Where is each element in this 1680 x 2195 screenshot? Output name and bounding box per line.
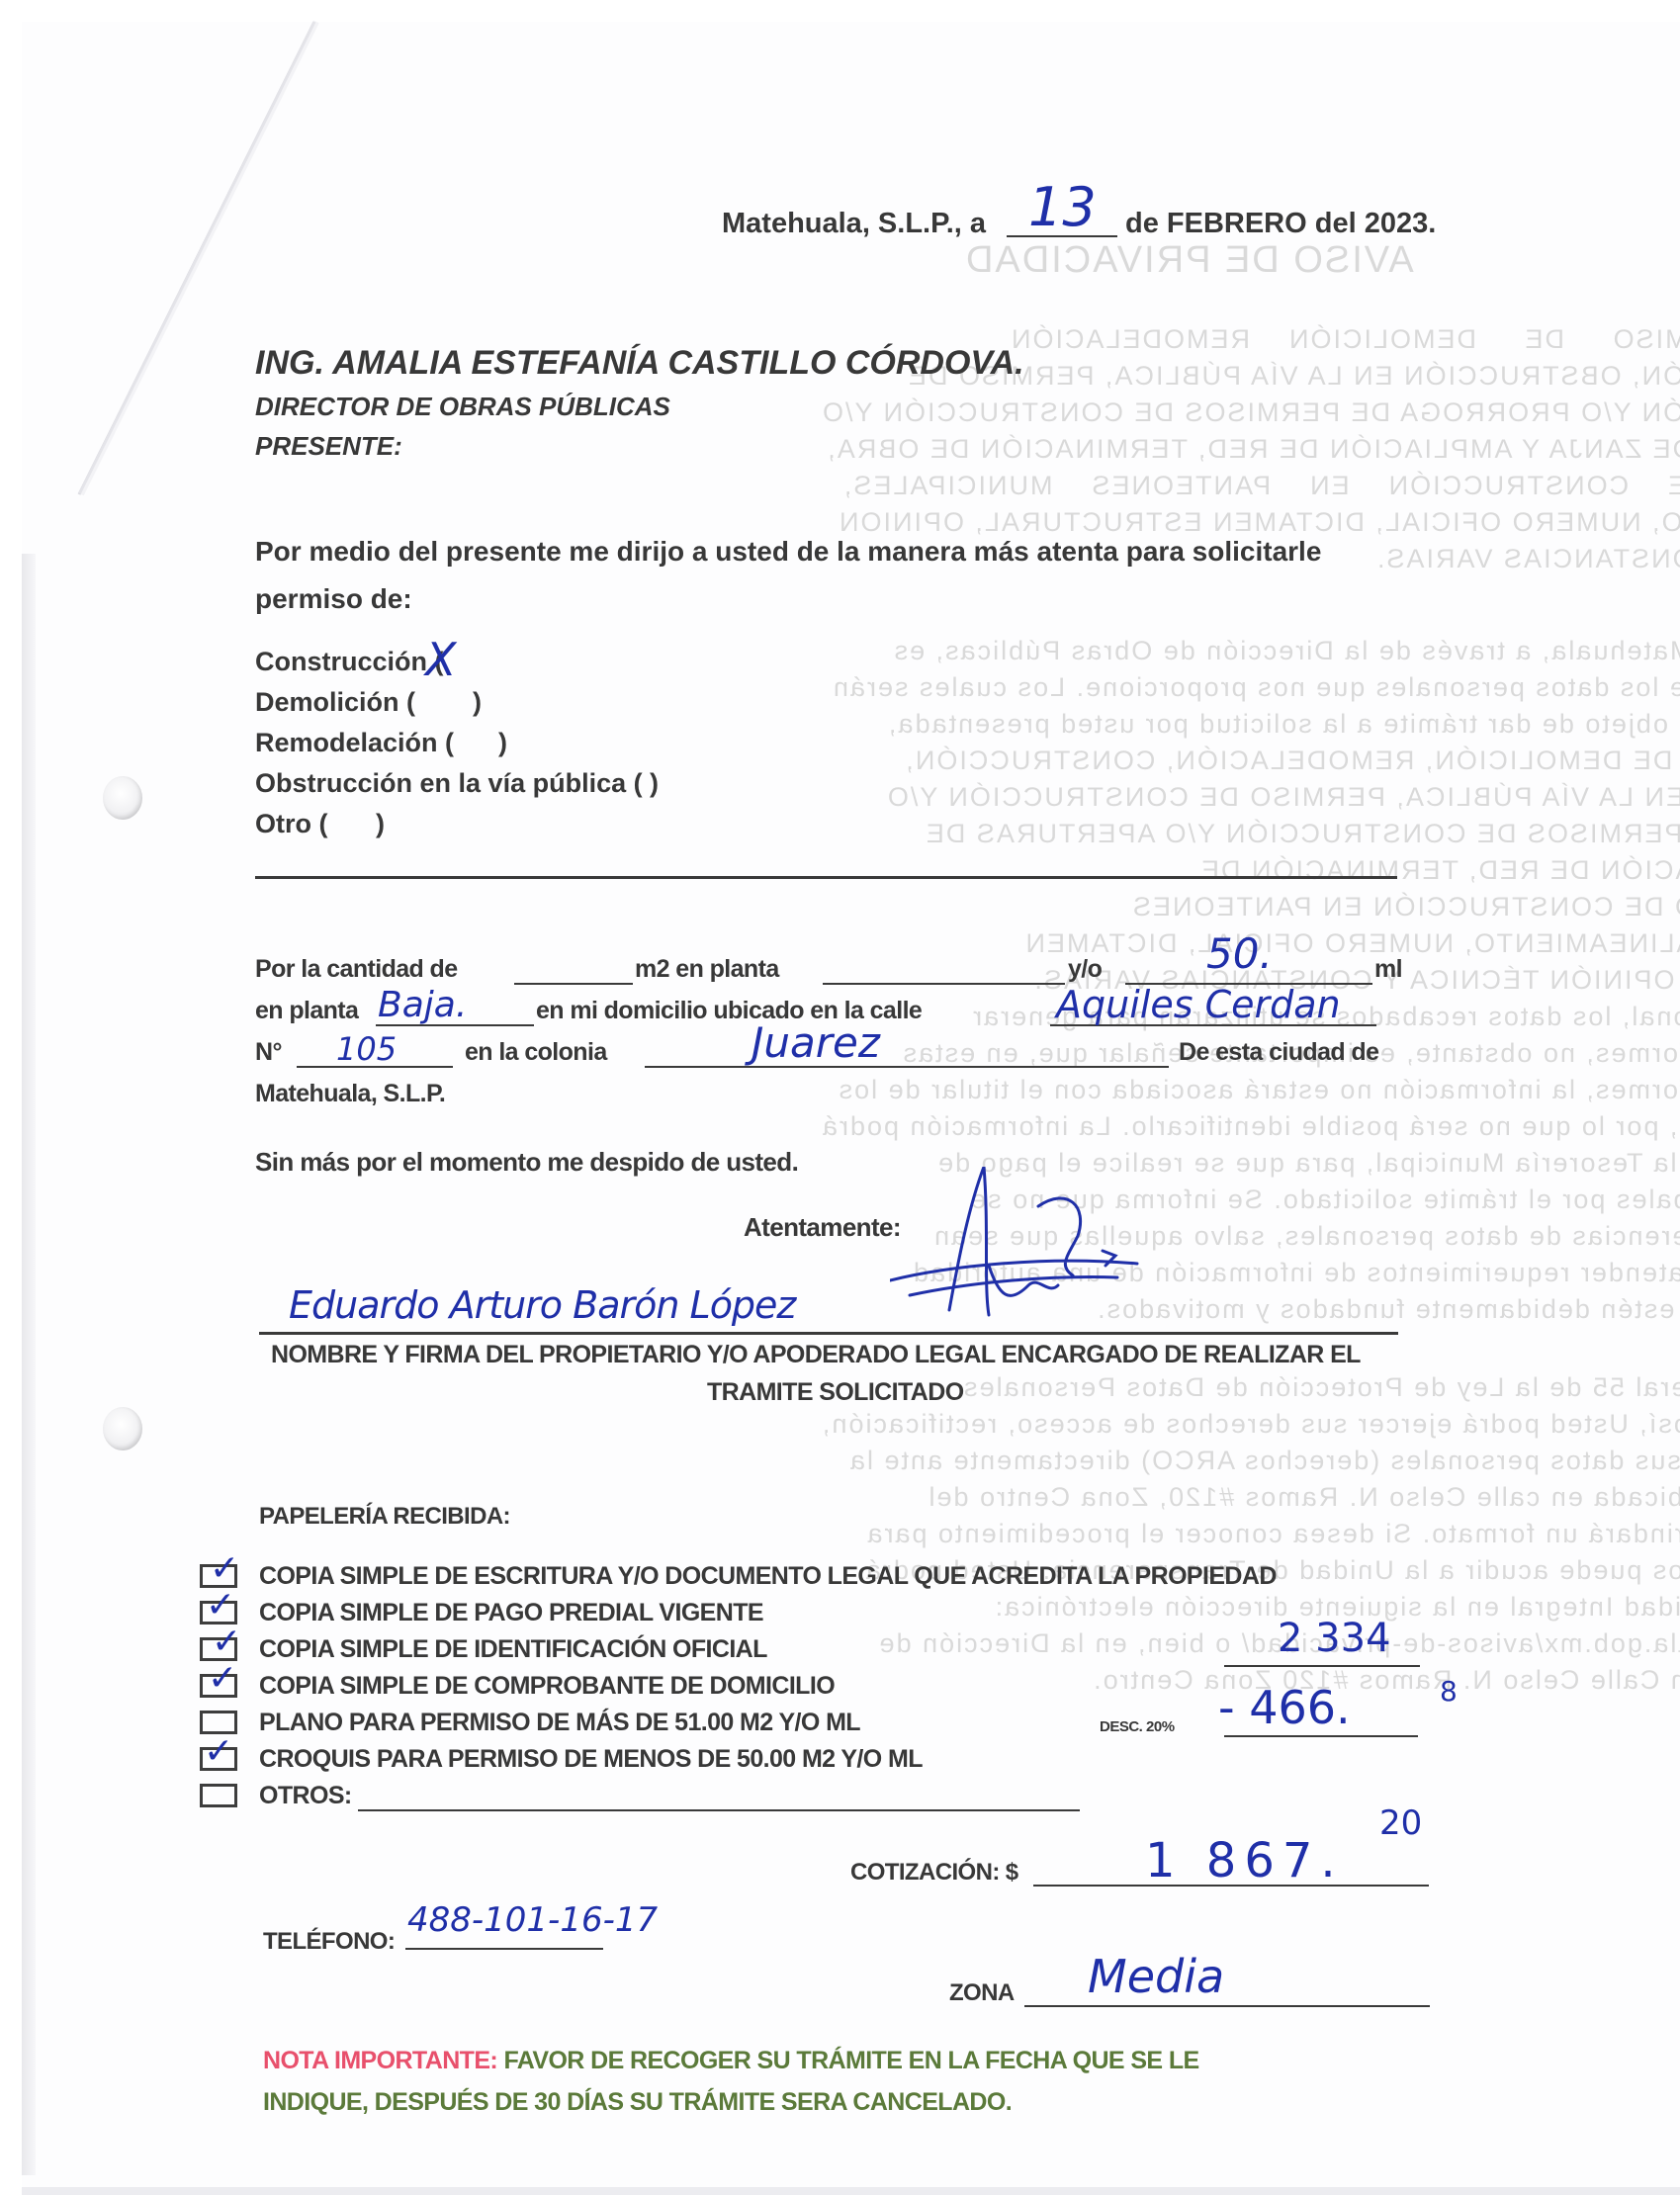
check-mark-icon: ✓ (208, 1658, 237, 1699)
permit-type-construccion-mark[interactable]: X (425, 633, 457, 686)
planta-prefix: en planta (255, 997, 358, 1025)
cotizacion-cents[interactable]: 20 (1379, 1803, 1422, 1843)
addressee-name: ING. AMALIA ESTEFANÍA CASTILLO CÓRDOVA. (255, 344, 1024, 383)
yo-label: y/o (1068, 955, 1102, 984)
check-mark-icon: ✓ (212, 1622, 241, 1662)
papeleria-item-plano: PLANO PARA PERMISO DE MÁS DE 51.00 M2 Y/… (259, 1709, 860, 1737)
permit-type-remodelacion[interactable]: Remodelación ( (255, 728, 454, 758)
permit-type-label: Demolición ( (255, 687, 415, 717)
papeleria-title: PAPELERÍA RECIBIDA: (259, 1503, 510, 1531)
nota-line-1: NOTA IMPORTANTE: FAVOR DE RECOGER SU TRÁ… (263, 2047, 1199, 2075)
papeleria-item-domicilio: COPIA SIMPLE DE COMPROBANTE DE DOMICILIO (259, 1672, 835, 1701)
zona-field[interactable]: Media (1088, 1950, 1224, 2003)
colonia-field[interactable]: Juarez (752, 1018, 880, 1067)
subtotal-underline (1224, 1665, 1420, 1667)
ciudad-suffix: De esta ciudad de (1179, 1038, 1378, 1067)
permit-type-label: Obstrucción en la vía pública ( (255, 768, 643, 798)
permit-type-demolicion-close: ) (473, 687, 482, 718)
permit-other-line (255, 876, 1397, 879)
m2-field-underline (514, 983, 633, 985)
check-mark-icon: ✓ (206, 1585, 235, 1625)
m2-label: m2 en planta (635, 955, 779, 984)
check-mark-icon: ✓ (210, 1548, 239, 1589)
planta-field[interactable]: Baja. (378, 985, 467, 1025)
date-suffix: de FEBRERO del 2023. (1125, 208, 1436, 240)
permit-type-obstruccion-close: ) (650, 768, 659, 799)
page-bottom-edge (22, 2187, 1680, 2195)
m2-planta-field-underline (823, 983, 1065, 985)
zona-underline (1024, 2005, 1430, 2007)
permit-type-label: Construcción ( (255, 647, 444, 676)
hole-punch-bottom (103, 1407, 142, 1450)
check-mark-icon: ✓ (204, 1731, 233, 1772)
numero-label: N° (255, 1038, 282, 1067)
cotizacion-field[interactable]: 1 867. (1145, 1833, 1344, 1888)
colonia-field-underline (645, 1066, 1169, 1068)
nota-label: NOTA IMPORTANTE: (263, 2047, 497, 2074)
descuento-cents[interactable]: 8 (1440, 1675, 1458, 1708)
papeleria-checkbox-otros[interactable] (200, 1784, 237, 1807)
subtotal-field[interactable]: 2 334 (1278, 1616, 1391, 1661)
permit-type-construccion[interactable]: Construcción ( (255, 647, 444, 677)
intro-line-2: permiso de: (255, 583, 412, 615)
permit-type-label: Remodelación ( (255, 728, 454, 757)
permit-type-otro[interactable]: Otro ( (255, 809, 328, 839)
date-place: Matehuala, S.L.P., a (722, 208, 986, 240)
addressee-greeting: PRESENTE: (255, 431, 402, 462)
telefono-field[interactable]: 488-101-16-17 (407, 1900, 658, 1940)
ciudad: Matehuala, S.L.P. (255, 1080, 445, 1108)
signature-caption-line-2: TRAMITE SOLICITADO (707, 1378, 964, 1407)
papeleria-item-identificacion: COPIA SIMPLE DE IDENTIFICACIÓN OFICIAL (259, 1635, 767, 1664)
descuento-underline (1224, 1735, 1418, 1737)
papeleria-item-escritura: COPIA SIMPLE DE ESCRITURA Y/O DOCUMENTO … (259, 1562, 1277, 1591)
papeleria-item-croquis: CROQUIS PARA PERMISO DE MENOS DE 50.00 M… (259, 1745, 923, 1774)
papeleria-item-otros: OTROS: (259, 1782, 352, 1810)
permit-type-remodelacion-close: ) (498, 728, 507, 758)
permit-type-obstruccion[interactable]: Obstrucción en la vía pública ( (255, 768, 643, 799)
signer-name-field[interactable]: Eduardo Arturo Barón López (289, 1283, 795, 1327)
day-field[interactable]: 13 (1028, 176, 1097, 238)
descuento-field[interactable]: - 466. (1218, 1681, 1351, 1734)
telefono-label: TELÉFONO: (263, 1928, 395, 1956)
cotizacion-label: COTIZACIÓN: $ (850, 1859, 1018, 1887)
farewell: Sin más por el momento me despido de ust… (255, 1147, 798, 1178)
papeleria-item-predial: COPIA SIMPLE DE PAGO PREDIAL VIGENTE (259, 1599, 763, 1627)
quantity-prefix: Por la cantidad de (255, 955, 458, 984)
addressee-title: DIRECTOR DE OBRAS PÚBLICAS (255, 392, 670, 422)
signature-caption-line-1: NOMBRE Y FIRMA DEL PROPIETARIO Y/O APODE… (271, 1341, 1361, 1369)
nota-line-2: INDIQUE, DESPUÉS DE 30 DÍAS SU TRÁMITE S… (263, 2088, 1012, 2117)
numero-field[interactable]: 105 (336, 1030, 397, 1068)
descuento-label: DESC. 20% (1100, 1718, 1175, 1735)
hole-punch-top (103, 776, 142, 820)
intro-line-1: Por medio del presente me dirijo a usted… (255, 536, 1321, 568)
ml-label: ml (1374, 955, 1402, 984)
telefono-underline (405, 1948, 603, 1950)
nota-text-1: FAVOR DE RECOGER SU TRÁMITE EN LA FECHA … (504, 2047, 1199, 2074)
permit-type-label: Otro ( (255, 809, 328, 838)
atentamente: Atentamente: (744, 1212, 901, 1243)
signature-scribble (890, 1167, 1246, 1335)
permit-type-demolicion[interactable]: Demolición ( (255, 687, 415, 718)
ml-field[interactable]: 50. (1206, 929, 1273, 978)
permit-type-otro-close: ) (376, 809, 385, 839)
otros-field-underline (358, 1809, 1080, 1811)
page-edge-shadow (22, 554, 36, 2175)
calle-field[interactable]: Aquiles Cerdan (1056, 983, 1341, 1026)
colonia-label: en la colonia (465, 1038, 607, 1067)
zona-label: ZONA (949, 1979, 1015, 2007)
signature-line (259, 1332, 1398, 1335)
